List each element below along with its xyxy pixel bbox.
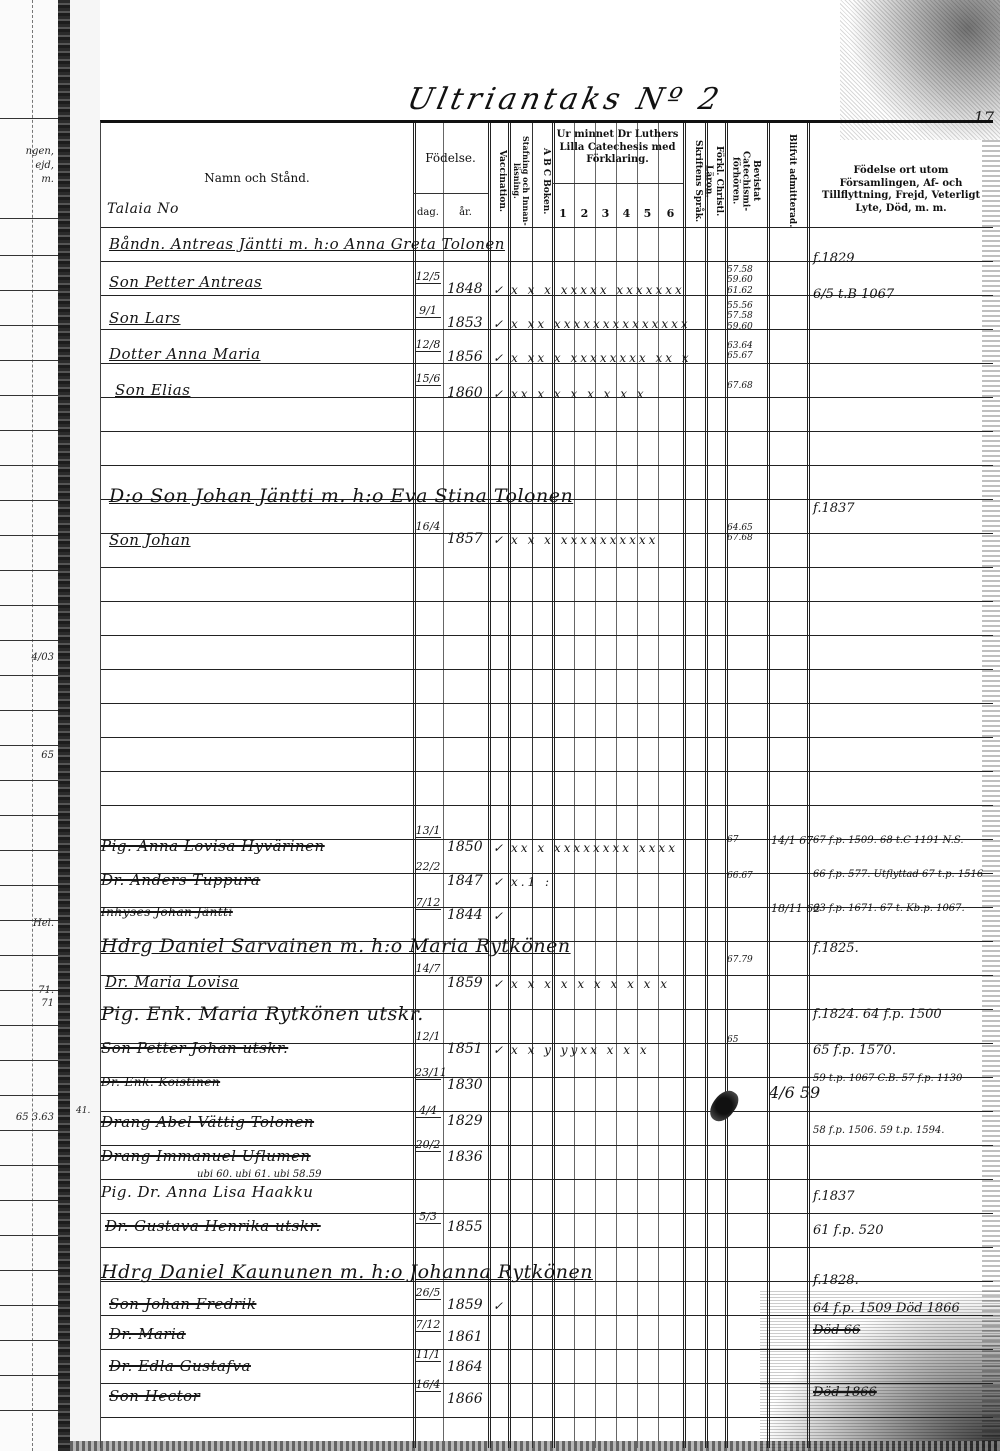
entry-name: Dr. Edla Gustafva <box>109 1357 251 1375</box>
entry-exam-years: 67.68 <box>727 381 767 391</box>
row-rule <box>101 1213 993 1214</box>
entry-name: Drang Immanuel Uflumen <box>101 1147 311 1165</box>
row-rule <box>101 567 993 568</box>
entry-birth-year: 1848 <box>447 281 483 297</box>
entry-name: Dr. Gustava Henrika utskr. <box>105 1217 321 1235</box>
col-divider-birth <box>413 123 416 1448</box>
entry-name: Pig. Anna Lovisa Hyvärinen <box>101 837 325 855</box>
register-table: Namn och Stånd. Födelse. dag. år. Vaccin… <box>100 120 993 1448</box>
entry-birth-year: 1856 <box>447 349 483 365</box>
left-page-rule <box>0 500 58 501</box>
entry-birth-day: 15/6 <box>415 373 441 386</box>
col-divider-remarks <box>807 123 810 1448</box>
entry-reading-marks: x x y yyxx x x x <box>511 1043 650 1057</box>
header-birth: Födelse. <box>413 151 488 166</box>
gutter-fragment: 41. <box>76 1106 90 1116</box>
entry-remarks: f.1824. 64 f.p. 1500 <box>813 1007 942 1022</box>
entry-vaccination-mark: ✓ <box>493 283 506 297</box>
row-rule <box>101 1145 993 1146</box>
entry-exam-years: 64.65 67.68 <box>727 523 767 544</box>
entry-name: Inhyses Johan Jäntti <box>101 905 233 919</box>
entry-name: Son Lars <box>109 309 181 327</box>
header-catechism-part-5: 5 <box>637 207 658 221</box>
entry-reading-marks: x xx xxxxxxxxxxxxxx <box>511 317 691 331</box>
entry-remarks: 64 f.p. 1509 Död 1866 <box>813 1301 960 1316</box>
entry-vaccination-mark: ✓ <box>493 977 506 991</box>
header-birth-day: dag. <box>413 207 443 220</box>
entry-name: Pig. Dr. Anna Lisa Haakku <box>101 1183 313 1201</box>
entry-remarks: 63 f.p. 1671. 67 t. Kb.p. 1067. <box>813 903 965 914</box>
row-rule <box>101 1247 993 1248</box>
entry-remarks: Död 66 <box>813 1323 860 1338</box>
entry-birth-year: 1864 <box>447 1359 483 1375</box>
header-name-stand: Namn och Stånd. <box>101 171 413 186</box>
header-birth-year: år. <box>443 207 488 220</box>
entry-birth-day: 9/1 <box>415 305 441 318</box>
left-page-rule <box>0 675 58 676</box>
left-page-rule <box>0 1410 58 1411</box>
col-divider-communion <box>767 123 770 1448</box>
left-page-rule <box>0 290 58 291</box>
entry-remarks: 58 f.p. 1506. 59 t.p. 1594. <box>813 1125 989 1136</box>
left-page-rule <box>0 1095 58 1096</box>
entry-birth-year: 1853 <box>447 315 483 331</box>
entry-birth-day: 20/2 <box>415 1139 441 1152</box>
header-birth-rule <box>413 193 488 194</box>
header-christian-doctrine: Förkl. Christl. Läron. <box>708 131 724 231</box>
entry-name: Drang Abel Vättig Tolonen <box>101 1113 314 1131</box>
header-catechism-part-6: 6 <box>658 207 683 221</box>
page-gutter: 41. <box>70 0 100 1451</box>
header-catechism-part-1: 1 <box>552 207 574 221</box>
entry-remarks: f.1829 <box>813 251 855 266</box>
left-page-rule <box>0 118 58 119</box>
left-page-rule <box>0 395 58 396</box>
left-page-rule <box>0 218 58 219</box>
row-rule <box>101 465 993 466</box>
entry-birth-year: 1861 <box>447 1329 483 1345</box>
entry-exam-years: 55.56 57.58 59.60 <box>727 301 767 332</box>
left-page-rule <box>0 1375 58 1376</box>
header-catechism-part-3: 3 <box>595 207 616 221</box>
row-rule <box>101 737 993 738</box>
entry-birth-year: 1860 <box>447 385 483 401</box>
header-catechism: Ur minnet Dr Luthers Lilla Catechesis me… <box>552 129 683 167</box>
entry-admitted: 4/6 59 <box>769 1083 820 1102</box>
left-page-rule <box>0 255 58 256</box>
entry-birth-year: 1859 <box>447 975 483 991</box>
entry-name: Son Hector <box>109 1387 200 1405</box>
header-remarks: Födelse ort utom Församlingen, Af- och T… <box>813 165 989 215</box>
entry-birth-day: 23/11 <box>415 1067 441 1080</box>
entry-reading-marks: xx x xxxxxxxx xxxx <box>511 841 678 855</box>
entry-birth-year: 1830 <box>447 1077 483 1093</box>
header-catechism-part-2: 2 <box>574 207 595 221</box>
row-rule <box>101 1111 993 1112</box>
header-catechism-rule <box>552 183 683 184</box>
entry-vaccination-mark: ✓ <box>493 909 506 923</box>
entry-exam-years: 67.79 <box>727 955 753 965</box>
entry-reading-marks: x xx x xxxxxxxx xx x <box>511 351 692 365</box>
entry-remarks: f.1828. <box>813 1273 859 1288</box>
left-page-rule <box>0 780 58 781</box>
entry-birth-year: 1836 <box>447 1149 483 1165</box>
entry-vaccination-mark: ✓ <box>493 1043 506 1057</box>
entry-exam-years: 65 <box>727 1035 738 1045</box>
row-rule <box>101 771 993 772</box>
entry-birth-day: 13/1 <box>415 825 441 838</box>
left-page-rule <box>0 815 58 816</box>
header-catechist-exam: Bevistat Catechismi-förhören. <box>731 131 761 231</box>
entry-name: Son Elias <box>115 381 190 399</box>
entry-remarks: 59 t.p. 1067 C.B. 57 f.p. 1130 <box>813 1073 989 1084</box>
book-binding <box>58 0 70 1451</box>
left-page-rule <box>0 640 58 641</box>
left-page-rule <box>0 990 58 991</box>
entry-birth-day: 7/12 <box>415 897 441 910</box>
entry-remarks: f.1837 <box>813 501 855 516</box>
header-abc-book: A B C Boken. <box>535 131 551 231</box>
entry-reading-marks: x x x x x x x x x x <box>511 977 670 991</box>
entry-reading-marks: x x x xxxxx xxxxxxx <box>511 283 685 297</box>
left-page-rule <box>0 710 58 711</box>
entry-vaccination-mark: ✓ <box>493 351 506 365</box>
entry-exam-years: 57.58 59.60 61.62 <box>727 265 767 296</box>
left-page-rule <box>0 325 58 326</box>
entry-birth-day: 12/8 <box>415 339 441 352</box>
entry-birth-day: 26/5 <box>415 1287 441 1300</box>
left-margin-fragment: 4/03 <box>32 652 54 663</box>
left-page-rule <box>0 605 58 606</box>
entry-vaccination-mark: ✓ <box>493 317 506 331</box>
left-page-rule <box>0 1305 58 1306</box>
entry-name: Hdrg Daniel Sarvainen m. h:o Maria Rytkö… <box>101 935 571 957</box>
entry-birth-day: 16/4 <box>415 521 441 534</box>
header-vaccination: Vaccination. <box>491 131 507 231</box>
left-margin-fragment: 65 <box>41 750 54 761</box>
row-rule <box>101 431 993 432</box>
entry-birth-year: 1829 <box>447 1113 483 1129</box>
entry-birth-day: 22/2 <box>415 861 441 874</box>
entry-birth-year: 1857 <box>447 531 483 547</box>
ink-blot <box>705 1086 743 1126</box>
entry-vaccination-mark: ✓ <box>493 387 506 401</box>
left-page-rule <box>0 1200 58 1201</box>
entry-vaccination-mark: ✓ <box>493 875 506 889</box>
row-rule <box>101 227 993 228</box>
entry-remarks: f.1837 <box>813 1189 855 1204</box>
row-rule <box>101 1417 993 1418</box>
left-page-rule <box>0 1060 58 1061</box>
header-scripture: Skriftens Språk. <box>687 131 703 231</box>
entry-birth-year: 1847 <box>447 873 483 889</box>
left-page-rule <box>0 430 58 431</box>
left-page-rule <box>0 1270 58 1271</box>
entry-birth-year: 1866 <box>447 1391 483 1407</box>
row-rule <box>101 805 993 806</box>
entry-exam-years: 63.64 65.67 <box>727 341 767 362</box>
entry-remarks: 65 f.p. 1570. <box>813 1043 896 1058</box>
left-page-rule <box>0 570 58 571</box>
left-page-rule <box>0 535 58 536</box>
col-divider-day-year <box>443 123 444 1448</box>
left-margin-fragment: 65 3.63 <box>16 1112 54 1123</box>
left-page-rule <box>0 850 58 851</box>
entry-admitted: 14/1 67 <box>771 835 813 848</box>
entry-birth-day: 16/4 <box>415 1379 441 1392</box>
row-rule <box>101 635 993 636</box>
entry-vaccination-mark: ✓ <box>493 533 506 547</box>
entry-birth-day: 5/3 <box>415 1211 441 1224</box>
header-catechism-part-4: 4 <box>616 207 637 221</box>
entry-remarks: 66 f.p. 577. Utflyttad 67 t.p. 1516 <box>813 869 983 880</box>
col-divider-doctrine <box>705 123 708 1448</box>
left-page-rule <box>0 465 58 466</box>
left-page-rule <box>0 745 58 746</box>
left-page-rule <box>0 360 58 361</box>
row-rule <box>101 703 993 704</box>
entry-reading-marks: xx x x x x x x x <box>511 387 647 401</box>
entry-vaccination-mark: ✓ <box>493 1299 506 1313</box>
col-divider-vacc <box>488 123 491 1448</box>
entry-birth-day: 11/1 <box>415 1349 441 1362</box>
entry-birth-year: 1844 <box>447 907 483 923</box>
header-stafning: Stafning och Innan-läsning. <box>510 131 530 231</box>
entry-name: Dr. Maria <box>109 1325 186 1343</box>
entry-birth-day: 7/12 <box>415 1319 441 1332</box>
entry-name: Son Petter Antreas <box>109 273 262 291</box>
entry-birth-day: 4/4 <box>415 1105 441 1118</box>
entry-vaccination-mark: ✓ <box>493 841 506 855</box>
left-margin-fragment: 71 <box>41 998 54 1009</box>
entry-name: Son Johan Fredrik <box>109 1295 256 1313</box>
entry-name: Dr. Enk. Koistinen <box>101 1075 220 1089</box>
left-margin-fragment: ejd, <box>35 160 54 171</box>
page-title: Ultriantaks Nº 2 <box>404 82 726 117</box>
entry-name: Dr. Maria Lovisa <box>105 973 239 991</box>
entry-remarks: Död 1866 <box>813 1385 877 1400</box>
entry-name: Dr. Anders Tuppura <box>101 871 260 889</box>
entry-remarks: 6/5 t.B 1067 <box>813 287 894 302</box>
row-rule <box>101 261 993 262</box>
entry-name: Båndn. Antreas Jäntti m. h:o Anna Greta … <box>109 235 505 253</box>
entry-remarks: 61 f.p. 520 <box>813 1223 884 1238</box>
entry-exam-years: 67 <box>727 835 738 845</box>
entry-name: Pig. Enk. Maria Rytkönen utskr. <box>101 1003 424 1025</box>
entry-name: Dotter Anna Maria <box>109 345 261 363</box>
left-margin-fragment: m. <box>41 174 54 185</box>
entry-remarks: 67 f.p. 1509. 68 t.C 1191 N.S. <box>813 835 964 846</box>
left-page-rule <box>0 1340 58 1341</box>
section-label: Talaia No <box>107 201 179 217</box>
entry-birth-day: 12/1 <box>415 1031 441 1044</box>
row-rule <box>101 1383 993 1384</box>
entry-remarks: f.1825. <box>813 941 859 956</box>
left-page-rule <box>0 920 58 921</box>
entry-exam-years: 66.67 <box>727 871 753 881</box>
row-rule <box>101 669 993 670</box>
entry-name: D:o Son Johan Jäntti m. h:o Eva Stina To… <box>109 485 573 507</box>
entry-name: Son Petter Johan utskr. <box>101 1039 288 1057</box>
header-communion: Blifvit admitterad. <box>779 131 797 231</box>
entry-birth-year: 1855 <box>447 1219 483 1235</box>
left-page-rule <box>0 1165 58 1166</box>
entry-annotation-above: ubi 60. ubi 61. ubi 58.59 <box>197 1169 321 1181</box>
left-page-rule <box>0 1130 58 1131</box>
entry-name: Son Johan <box>109 531 191 549</box>
left-page-rule <box>0 885 58 886</box>
entry-birth-year: 1851 <box>447 1041 483 1057</box>
row-rule <box>101 1349 993 1350</box>
left-page-fragment: ngen, ejd, m. 4/03 65 Hel. 71. 71 65 3.6… <box>0 0 59 1451</box>
left-page-rule <box>0 955 58 956</box>
entry-birth-day: 12/5 <box>415 271 441 284</box>
entry-reading-marks: x.1 : <box>511 875 552 889</box>
entry-reading-marks: x x x xxxxxxxxxx <box>511 533 658 547</box>
entry-birth-day: 14/7 <box>415 963 441 976</box>
row-rule <box>101 601 993 602</box>
entry-birth-year: 1850 <box>447 839 483 855</box>
left-page-rule <box>0 1025 58 1026</box>
entry-birth-year: 1859 <box>447 1297 483 1313</box>
left-margin-fragment: ngen, <box>26 146 54 157</box>
entry-name: Hdrg Daniel Kaununen m. h:o Johanna Rytk… <box>101 1261 593 1283</box>
left-page-rule <box>0 1235 58 1236</box>
